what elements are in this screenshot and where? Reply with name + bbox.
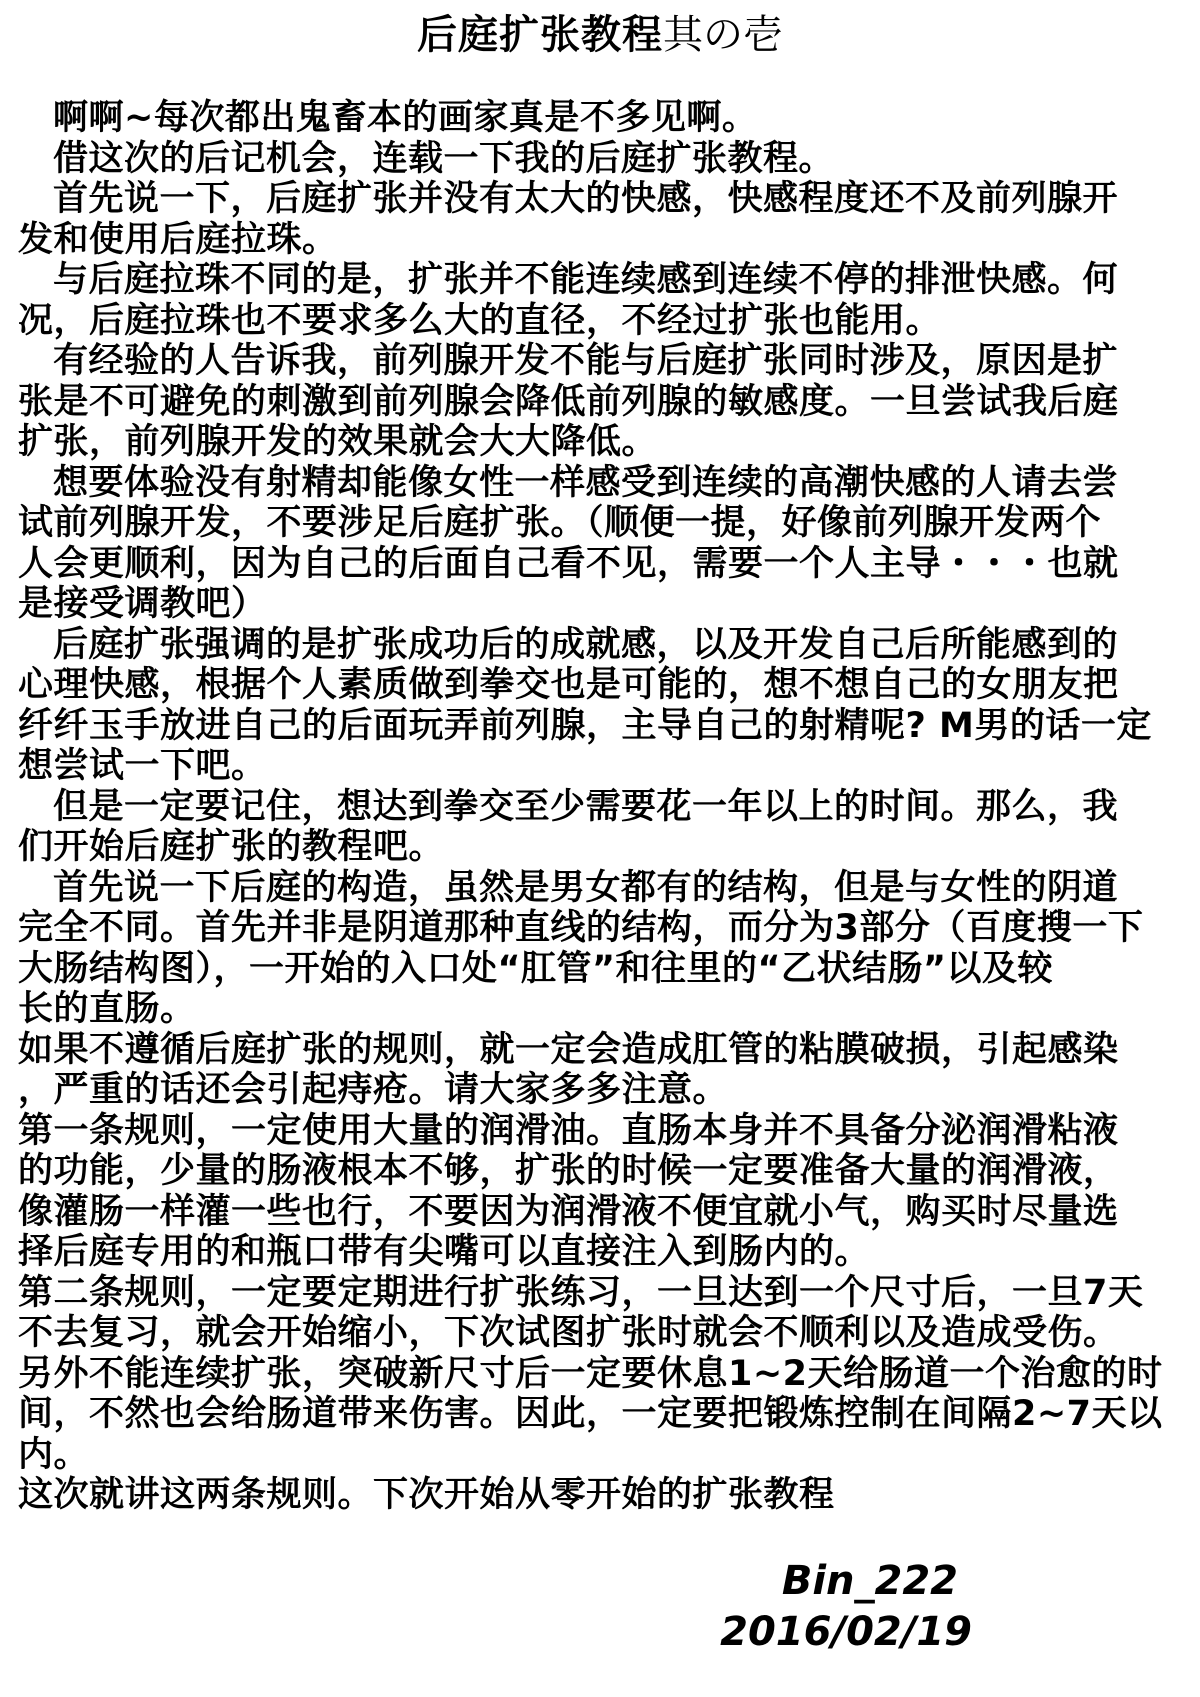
text-line: 但是一定要记住，想达到拳交至少需要花一年以上的时间。那么，我 (18, 787, 1182, 828)
body-text: 啊啊~每次都出鬼畜本的画家真是不多见啊。借这次的后记机会，连载一下我的后庭扩张教… (0, 58, 1200, 1516)
text-line: 择后庭专用的和瓶口带有尖嘴可以直接注入到肠内的。 (18, 1232, 1182, 1273)
text-line: 纤纤玉手放进自己的后面玩弄前列腺，主导自己的射精呢? M男的话一定 (18, 706, 1182, 747)
text-line: 后庭扩张强调的是扩张成功后的成就感，以及开发自己后所能感到的 (18, 625, 1182, 666)
text-line: 第二条规则，一定要定期进行扩张练习，一旦达到一个尺寸后，一旦7天 (18, 1273, 1182, 1314)
page-title-main: 后庭扩张教程 (417, 12, 663, 58)
text-line: 像灌肠一样灌一些也行，不要因为润滑液不便宜就小气，购买时尽量选 (18, 1192, 1182, 1233)
page-title-suffix: 其の壱 (663, 12, 783, 58)
text-line: 不去复习，就会开始缩小，下次试图扩张时就会不顺利以及造成受伤。 (18, 1313, 1182, 1354)
text-line: ，严重的话还会引起痔疮。请大家多多注意。 (18, 1070, 1182, 1111)
text-line: 借这次的后记机会，连载一下我的后庭扩张教程。 (18, 139, 1182, 180)
text-line: 这次就讲这两条规则。下次开始从零开始的扩张教程 (18, 1475, 1182, 1516)
text-line: 想尝试一下吧。 (18, 746, 1182, 787)
author-signature: Bin_222 (0, 1556, 972, 1606)
text-line: 况，后庭拉珠也不要求多么大的直径，不经过扩张也能用。 (18, 301, 1182, 342)
text-line: 完全不同。首先并非是阴道那种直线的结构，而分为3部分（百度搜一下 (18, 908, 1182, 949)
afterword-page: 后庭扩张教程其の壱 啊啊~每次都出鬼畜本的画家真是不多见啊。借这次的后记机会，连… (0, 0, 1200, 1697)
text-line: 啊啊~每次都出鬼畜本的画家真是不多见啊。 (18, 98, 1182, 139)
text-line: 想要体验没有射精却能像女性一样感受到连续的高潮快感的人请去尝 (18, 463, 1182, 504)
text-line: 与后庭拉珠不同的是，扩张并不能连续感到连续不停的排泄快感。何 (18, 260, 1182, 301)
text-line: 的功能，少量的肠液根本不够，扩张的时候一定要准备大量的润滑液， (18, 1151, 1182, 1192)
text-line: 首先说一下后庭的构造，虽然是男女都有的结构，但是与女性的阴道 (18, 868, 1182, 909)
text-line: 第一条规则，一定使用大量的润滑油。直肠本身并不具备分泌润滑粘液 (18, 1111, 1182, 1152)
text-line: 另外不能连续扩张，突破新尺寸后一定要休息1~2天给肠道一个治愈的时 (18, 1354, 1182, 1395)
text-line: 们开始后庭扩张的教程吧。 (18, 827, 1182, 868)
text-line: 长的直肠。 (18, 989, 1182, 1030)
signature-block: Bin_222 2016/02/19 (0, 1556, 1200, 1658)
signature-date: 2016/02/19 (0, 1606, 972, 1658)
text-line: 首先说一下，后庭扩张并没有太大的快感，快感程度还不及前列腺开 (18, 179, 1182, 220)
text-line: 如果不遵循后庭扩张的规则，就一定会造成肛管的粘膜破损，引起感染 (18, 1030, 1182, 1071)
text-line: 张是不可避免的刺激到前列腺会降低前列腺的敏感度。一旦尝试我后庭 (18, 382, 1182, 423)
text-line: 心理快感，根据个人素质做到拳交也是可能的，想不想自己的女朋友把 (18, 665, 1182, 706)
page-title: 后庭扩张教程其の壱 (0, 0, 1200, 58)
text-line: 大肠结构图），一开始的入口处“肛管”和往里的“乙状结肠”以及较 (18, 949, 1182, 990)
text-line: 间，不然也会给肠道带来伤害。因此，一定要把锻炼控制在间隔2~7天以 (18, 1394, 1182, 1435)
text-line: 发和使用后庭拉珠。 (18, 220, 1182, 261)
text-line: 有经验的人告诉我，前列腺开发不能与后庭扩张同时涉及，原因是扩 (18, 341, 1182, 382)
text-line: 扩张，前列腺开发的效果就会大大降低。 (18, 422, 1182, 463)
text-line: 试前列腺开发，不要涉足后庭扩张。（顺便一提，好像前列腺开发两个 (18, 503, 1182, 544)
text-line: 内。 (18, 1435, 1182, 1476)
text-line: 人会更顺利，因为自己的后面自己看不见，需要一个人主导・・・也就 (18, 544, 1182, 585)
text-line: 是接受调教吧） (18, 584, 1182, 625)
